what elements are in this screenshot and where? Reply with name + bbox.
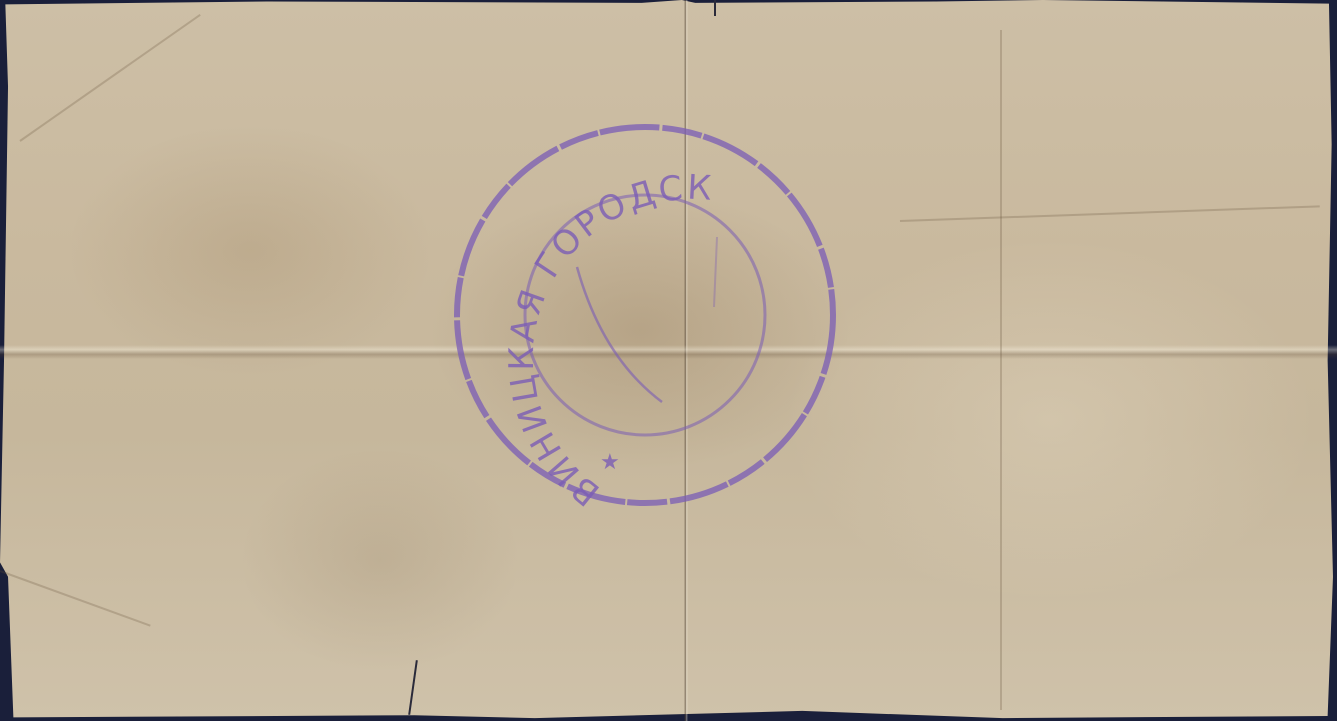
purple-ink-stamp: ВИНИЦКАЯ ГОРОДСК ★: [452, 117, 842, 512]
paper-crease: [1000, 30, 1002, 710]
stamp-star: ★: [600, 450, 620, 475]
paper-tear: [714, 0, 716, 16]
